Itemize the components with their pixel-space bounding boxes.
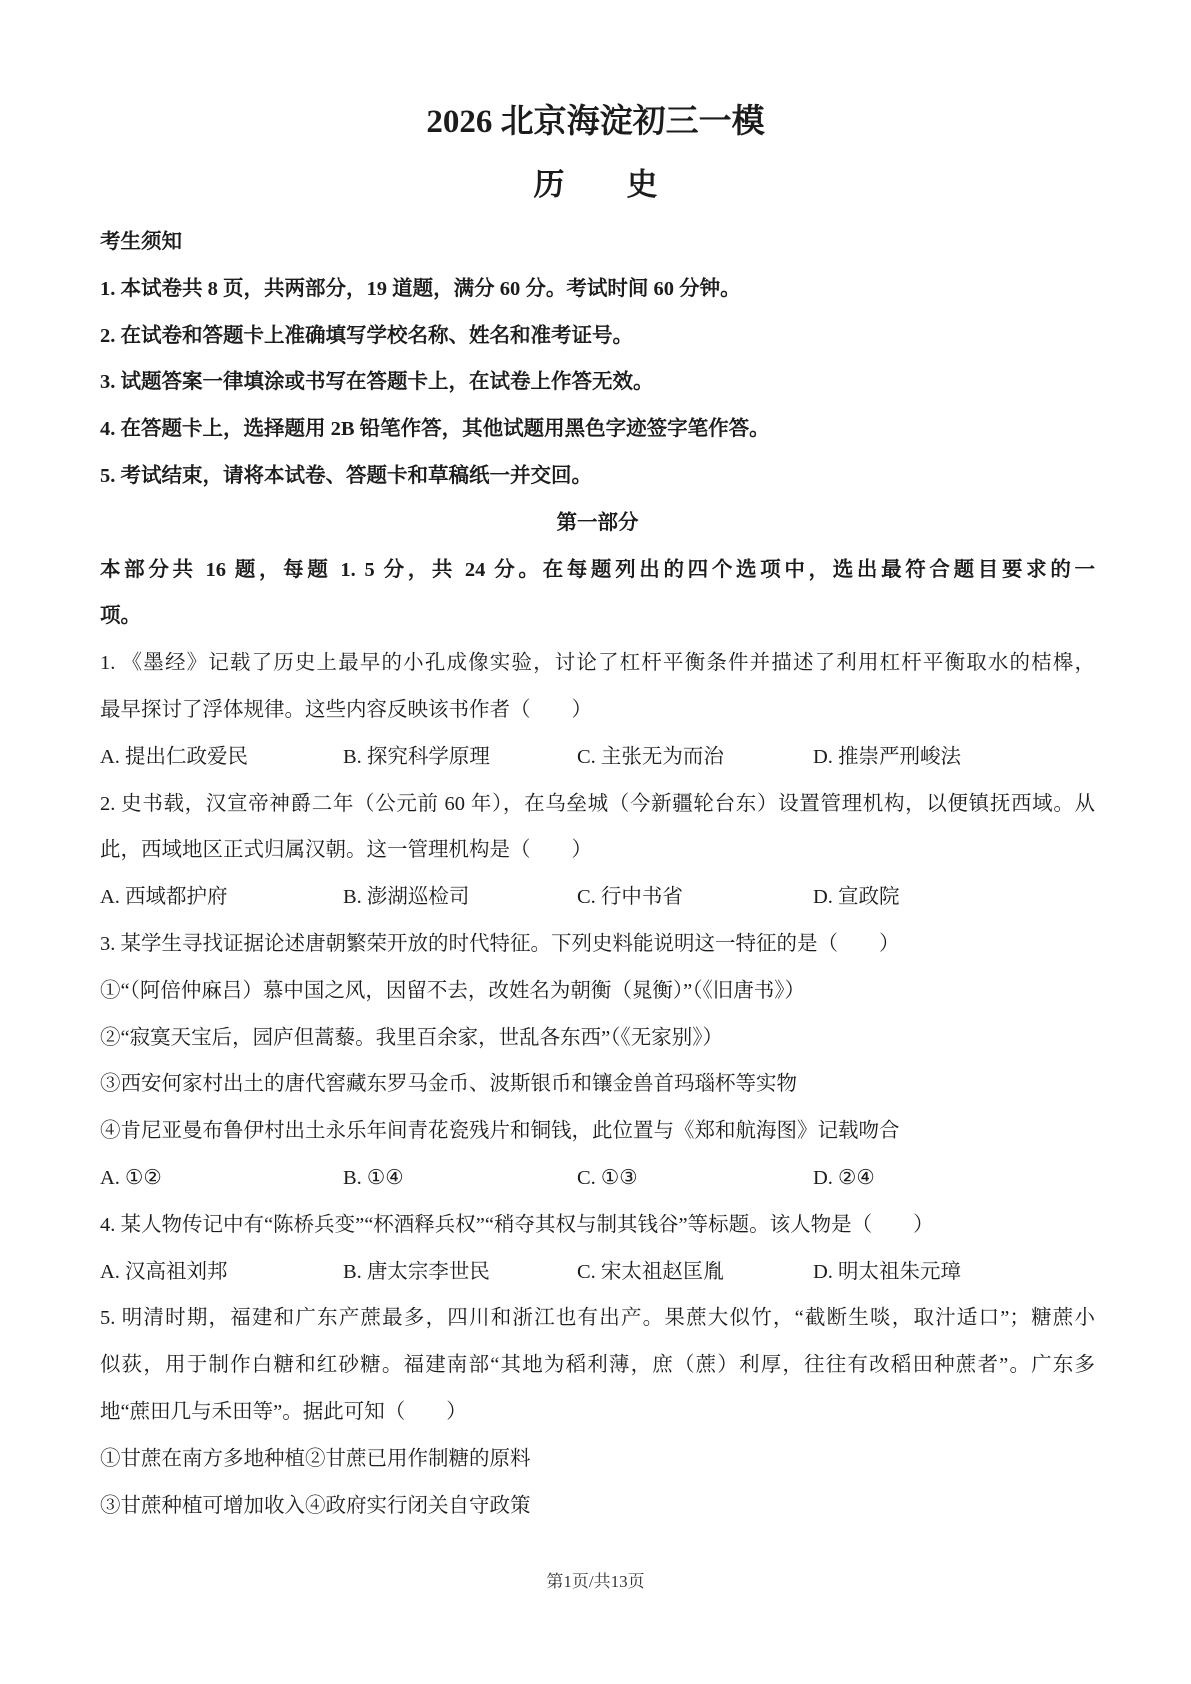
option-a: A. 提出仁政爱民 — [100, 734, 343, 781]
notice-item-5: 5. 考试结束，请将本试卷、答题卡和草稿纸一并交回。 — [100, 453, 1095, 500]
option-d: D. ②④ — [813, 1155, 1095, 1202]
option-d: D. 明太祖朱元璋 — [813, 1249, 1095, 1296]
notice-item-4: 4. 在答题卡上，选择题用 2B 铅笔作答，其他试题用黑色字迹签字笔作答。 — [100, 406, 1095, 453]
option-b: B. ①④ — [343, 1155, 577, 1202]
question-1-stem-line: 1. 《墨经》记载了历史上最早的小孔成像实验，讨论了杠杆平衡条件并描述了利用杠杆… — [100, 640, 1095, 687]
option-b: B. 探究科学原理 — [343, 734, 577, 781]
notice-heading: 考生须知 — [100, 219, 1095, 266]
part1-desc-line: 本部分共 16 题，每题 1. 5 分，共 24 分。在每题列出的四个选项中，选… — [100, 547, 1095, 594]
option-d: D. 推崇严刑峻法 — [813, 734, 1095, 781]
question-5-stem-line: 地“蔗田几与禾田等”。据此可知（ ） — [100, 1389, 1095, 1436]
question-4-stem-line: 4. 某人物传记中有“陈桥兵变”“杯酒释兵权”“稍夺其权与制其钱谷”等标题。该人… — [100, 1202, 1095, 1249]
option-b: B. 唐太宗李世民 — [343, 1249, 577, 1296]
question-3-evidence-line: ④肯尼亚曼布鲁伊村出土永乐年间青花瓷残片和铜钱，此位置与《郑和航海图》记载吻合 — [100, 1108, 1095, 1155]
question-3-evidence-line: ③西安何家村出土的唐代窖藏东罗马金币、波斯银币和镶金兽首玛瑙杯等实物 — [100, 1061, 1095, 1108]
notice-item-2: 2. 在试卷和答题卡上准确填写学校名称、姓名和准考证号。 — [100, 313, 1095, 360]
notice-item-3: 3. 试题答案一律填涂或书写在答题卡上，在试卷上作答无效。 — [100, 359, 1095, 406]
part1-heading: 第一部分 — [100, 500, 1095, 547]
question-3-evidence-line: ①“（阿倍仲麻吕）慕中国之风，因留不去，改姓名为朝衡（晁衡）”（《旧唐书》） — [100, 968, 1095, 1015]
question-2-options: A. 西域都护府 B. 澎湖巡检司 C. 行中书省 D. 宣政院 — [100, 874, 1095, 921]
question-2-stem-line: 此，西域地区正式归属汉朝。这一管理机构是（ ） — [100, 827, 1095, 874]
option-c: C. ①③ — [577, 1155, 813, 1202]
question-1-stem-line: 最早探讨了浮体规律。这些内容反映该书作者（ ） — [100, 687, 1095, 734]
question-5-stem-line: 似荻，用于制作白糖和红砂糖。福建南部“其地为稻利薄，庶（蔗）利厚，往往有改稻田种… — [100, 1342, 1095, 1389]
option-a: A. 西域都护府 — [100, 874, 343, 921]
question-5-evidence-line: ③甘蔗种植可增加收入④政府实行闭关自守政策 — [100, 1483, 1095, 1530]
notice-item-1: 1. 本试卷共 8 页，共两部分，19 道题，满分 60 分。考试时间 60 分… — [100, 266, 1095, 313]
part1-desc-line: 项。 — [100, 593, 1095, 640]
question-5-evidence-line: ①甘蔗在南方多地种植②甘蔗已用作制糖的原料 — [100, 1436, 1095, 1483]
option-a: A. ①② — [100, 1155, 343, 1202]
page-content: 考生须知 1. 本试卷共 8 页，共两部分，19 道题，满分 60 分。考试时间… — [100, 219, 1095, 1529]
question-5-stem-line: 5. 明清时期，福建和广东产蔗最多，四川和浙江也有出产。果蔗大似竹，“截断生啖，… — [100, 1295, 1095, 1342]
subject-title: 历 史 — [0, 159, 1191, 211]
question-3-options: A. ①② B. ①④ C. ①③ D. ②④ — [100, 1155, 1095, 1202]
option-c: C. 主张无为而治 — [577, 734, 813, 781]
page-title: 2026 北京海淀初三一模 — [0, 0, 1191, 147]
option-b: B. 澎湖巡检司 — [343, 874, 577, 921]
option-c: C. 宋太祖赵匡胤 — [577, 1249, 813, 1296]
question-2-stem-line: 2. 史书载，汉宣帝神爵二年（公元前 60 年），在乌垒城（今新疆轮台东）设置管… — [100, 781, 1095, 828]
page-footer: 第1页/共13页 — [0, 1570, 1191, 1594]
question-3-stem-line: 3. 某学生寻找证据论述唐朝繁荣开放的时代特征。下列史料能说明这一特征的是（ ） — [100, 921, 1095, 968]
question-1-options: A. 提出仁政爱民 B. 探究科学原理 C. 主张无为而治 D. 推崇严刑峻法 — [100, 734, 1095, 781]
exam-page: 2026 北京海淀初三一模 历 史 考生须知 1. 本试卷共 8 页，共两部分，… — [0, 0, 1191, 1684]
question-4-options: A. 汉高祖刘邦 B. 唐太宗李世民 C. 宋太祖赵匡胤 D. 明太祖朱元璋 — [100, 1249, 1095, 1296]
option-d: D. 宣政院 — [813, 874, 1095, 921]
question-3-evidence-line: ②“寂寞天宝后，园庐但蒿藜。我里百余家，世乱各东西”（《无家别》） — [100, 1015, 1095, 1062]
option-c: C. 行中书省 — [577, 874, 813, 921]
option-a: A. 汉高祖刘邦 — [100, 1249, 343, 1296]
